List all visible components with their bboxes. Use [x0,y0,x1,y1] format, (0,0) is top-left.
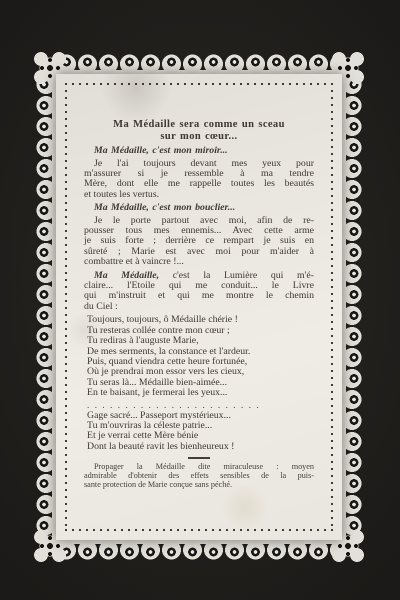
heading-bouclier: Ma Médaille, c'est mon bouclier... [94,203,314,214]
heading-miroir: Ma Médaille, c'est mon miroir... [94,146,314,157]
paragraph-lumiere: Ma Médaille, c'est la Lumière qui m'é- c… [84,271,314,313]
lumiere-lead: Ma Médaille, [94,270,159,281]
footer-note: Propager la Médaille dite miraculeuse : … [84,463,314,489]
verse-stanza-1: Toujours, toujours, ô Médaille chérie ! … [87,315,314,452]
paragraph-line: et toutes les vertus. [84,190,314,200]
dotted-separator: . . . . . . . . . . . . . . . . . . . . … [87,401,314,410]
paragraph-line: du Ciel : [84,302,314,312]
verse-line: Dont la beauté ravit les bienheureux ! [87,442,314,452]
paragraph-line: qui m'instruit et qui me montre le chemi… [84,291,314,301]
card-text-block: Ma Médaille sera comme un sceau sur mon … [84,119,314,489]
dot-frame-left [65,83,67,531]
lumiere-lead-rest: c'est la Lumière qui m'é- [159,270,314,281]
dot-frame-bottom [65,529,333,531]
holy-card: Ma Médaille sera comme un sceau sur mon … [34,52,364,562]
paragraph-line: combattre et à vaincre !... [84,257,314,267]
title-line-2: sur mon cœur... [84,131,314,143]
verse-line: Tu rediras à l'auguste Marie, [87,336,314,346]
paragraph-bouclier: Je le porte partout avec moi, afin de re… [84,216,314,268]
paragraph-miroir: Je l'ai toujours devant mes yeux pour m'… [84,159,314,201]
card-title: Ma Médaille sera comme un sceau sur mon … [84,119,314,142]
title-line-1: Ma Médaille sera comme un sceau [84,119,314,131]
short-divider-rule [188,457,210,459]
dot-frame-right [331,83,333,531]
footer-line: sante protection de Marie conçue sans pé… [84,481,314,490]
dot-frame-top [65,83,333,85]
verse-line: En te baisant, je fermerai les yeux... [87,388,314,398]
